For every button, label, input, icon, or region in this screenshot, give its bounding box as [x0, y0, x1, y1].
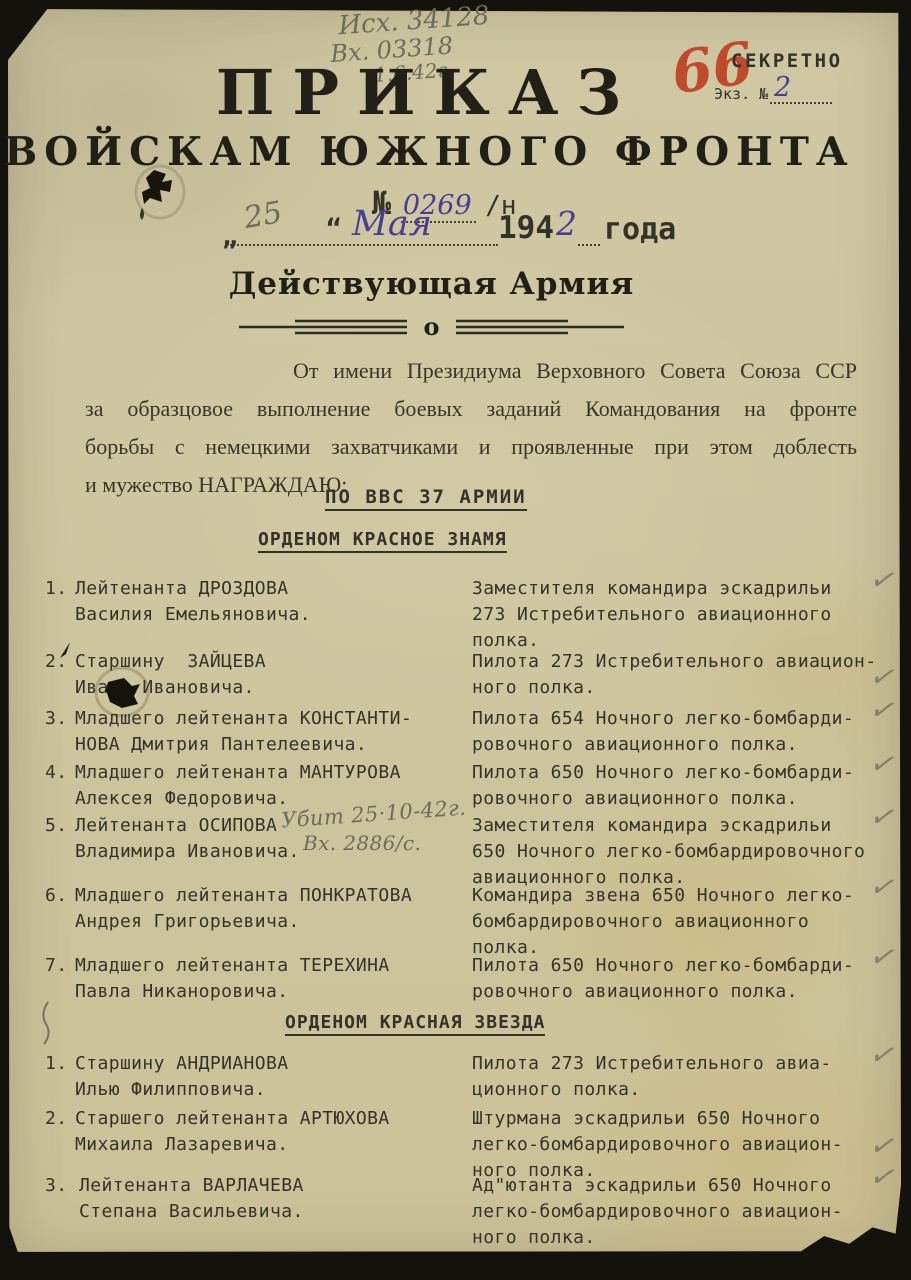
entry-number: 3.: [45, 706, 67, 732]
date-line: „ 25 “ Мая 194 2 года: [222, 206, 662, 256]
entry-number: 3.: [45, 1173, 67, 1199]
date-open-quote: „: [222, 222, 238, 252]
order-title: ПРИКАЗ: [0, 56, 883, 129]
preamble-paragraph: От имени Президиума Верховного Совета Со…: [85, 352, 857, 504]
incoming-ref-annotation: Вх. 2886/с.: [303, 830, 421, 856]
entry-name: Лейтенанта ДРОЗДОВА Василия Емельяновича…: [75, 576, 475, 628]
preamble-line-1: От имени Президиума Верховного Совета Со…: [293, 352, 857, 390]
date-month-handwritten: Мая: [352, 204, 432, 244]
entry-number: 2.: [45, 1106, 67, 1132]
entry-role: Пилота 650 Ночного легко-бомбарди- ровоч…: [472, 953, 892, 1005]
flourish-right-icon: [454, 318, 624, 336]
flourish-left-icon: [239, 318, 409, 336]
unit-section-header: ПО ВВС 37 АРМИИ: [325, 486, 527, 511]
entry-number: 1.: [45, 576, 67, 602]
entry-role: Ад"ютанта эскадрильи 650 Ночного легко-б…: [472, 1173, 892, 1251]
preamble-line-2: за образцовое выполнение боевых заданий …: [85, 390, 857, 428]
army-line: Действующая Армия: [0, 266, 887, 302]
date-year-digit-handwritten: 2: [556, 204, 577, 243]
ink-blot: [132, 164, 192, 236]
entry-number: 4.: [45, 760, 67, 786]
entry-role: Пилота 654 Ночного легко-бомбарди- ровоч…: [472, 706, 892, 758]
preamble-line-3: борьбы с немецкими захватчиками и проявл…: [85, 428, 857, 466]
checkmark-annotation: ✓: [867, 566, 901, 595]
date-dotted-line: [230, 244, 498, 246]
ink-speck: [54, 640, 76, 664]
document-scan: Исх. 34128 Вх. 03318 1.6.42г 66 СЕКРЕТНО…: [0, 0, 911, 1280]
entry-name: Старшину АНДРИАНОВА Илью Филипповича.: [75, 1051, 475, 1103]
date-day-handwritten: 25: [241, 195, 285, 236]
award1-header: ОРДЕНОМ КРАСНОЕ ЗНАМЯ: [258, 529, 507, 553]
entry-role: Пилота 273 Истребительного авиацион- ног…: [472, 649, 892, 701]
divider-mark: о: [423, 312, 439, 341]
entry-role: Командира звена 650 Ночного легко- бомба…: [472, 883, 892, 961]
award2-header: ОРДЕНОМ КРАСНАЯ ЗВЕЗДА: [285, 1012, 545, 1036]
paper-hole: [94, 664, 154, 724]
date-close-quote: “: [326, 214, 342, 244]
flourish-divider: о: [0, 312, 887, 341]
entry-name: Лейтенанта ВАРЛАЧЕВА Степана Васильевича…: [79, 1173, 479, 1225]
entry-number: 6.: [45, 883, 67, 909]
entry-number: 7.: [45, 953, 67, 979]
date-year-suffix: года: [604, 212, 676, 247]
entry-number: 5.: [45, 813, 67, 839]
entry-role: Заместителя командира эскадрильи 273 Ист…: [472, 576, 892, 654]
entry-name: Старшего лейтенанта АРТЮХОВА Михаила Лаз…: [75, 1106, 475, 1158]
pencil-squiggle: [38, 1000, 58, 1046]
checkmark-annotation: ✓: [867, 1041, 901, 1070]
entry-name: Младшего лейтенанта ТЕРЕХИНА Павла Никан…: [75, 953, 475, 1005]
date-year-dots: [578, 244, 600, 246]
entry-role: Заместителя командира эскадрильи 650 Ноч…: [472, 813, 892, 891]
entry-role: Пилота 650 Ночного легко-бомбарди- ровоч…: [472, 760, 892, 812]
entry-role: Пилота 273 Истребительного авиа- ционног…: [472, 1051, 892, 1103]
entry-number: 1.: [45, 1051, 67, 1077]
entry-name: Младшего лейтенанта ПОНКРАТОВА Андрея Гр…: [75, 883, 475, 935]
date-year-printed: 194: [498, 210, 554, 246]
